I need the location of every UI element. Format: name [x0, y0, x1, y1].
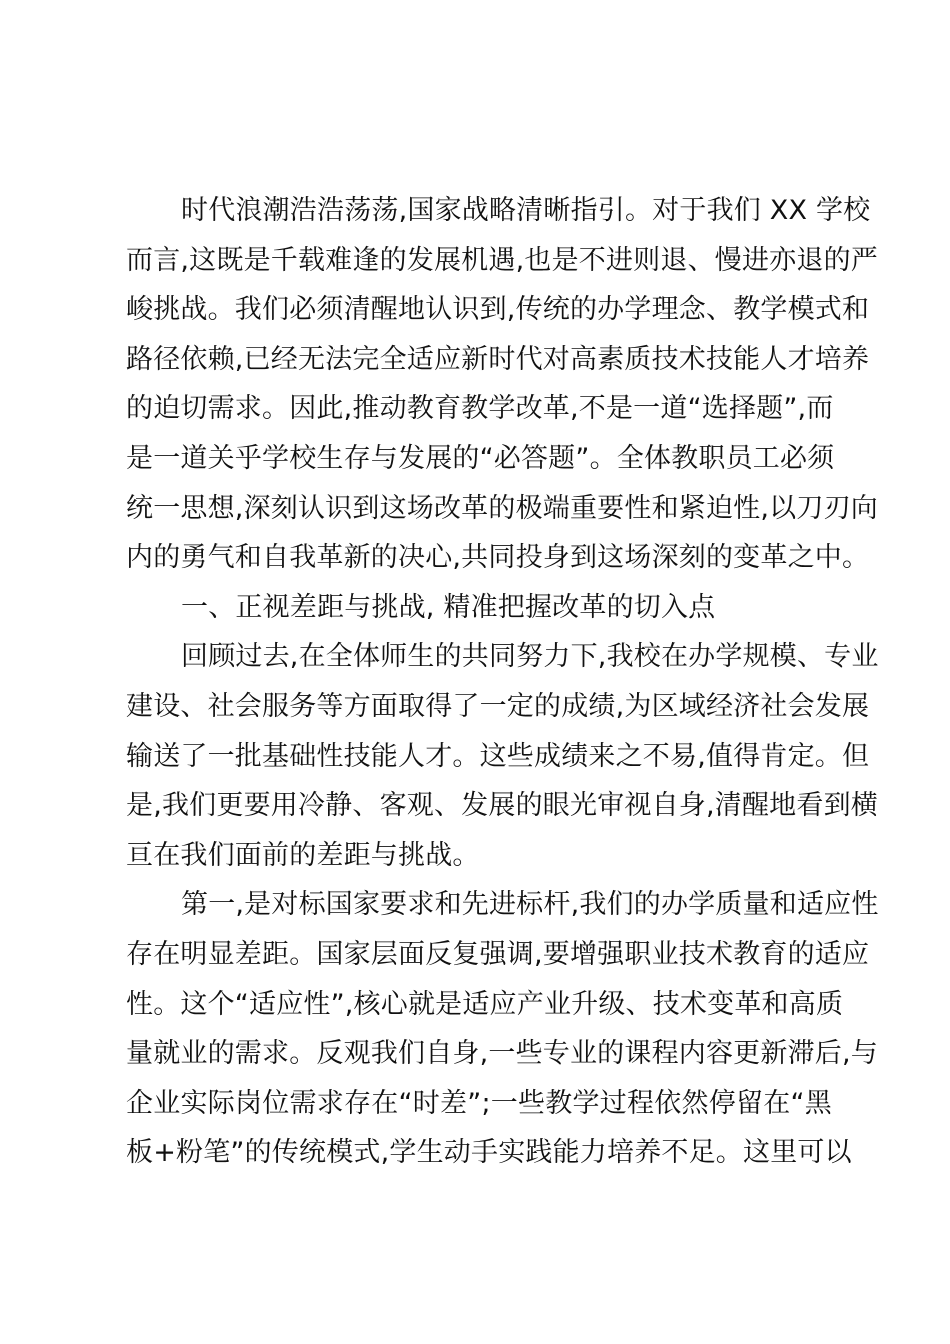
text-line: 回顾过去,在全体师生的共同努力下,我校在办学规模、专业 — [126, 632, 832, 682]
text-line: 输送了一批基础性技能人才。这些成绩来之不易,值得肯定。但 — [126, 732, 832, 782]
paragraph-review: 回顾过去,在全体师生的共同努力下,我校在办学规模、专业 建设、社会服务等方面取得… — [126, 632, 832, 880]
section-heading: 一、正视差距与挑战, 精准把握改革的切入点 — [126, 583, 832, 633]
paragraph-first-point: 第一,是对标国家要求和先进标杆,我们的办学质量和适应性 存在明显差距。国家层面反… — [126, 880, 832, 1178]
text-line: 第一,是对标国家要求和先进标杆,我们的办学质量和适应性 — [126, 880, 832, 930]
text-line: 是一道关乎学校生存与发展的“必答题”。全体教职员工必须 — [126, 434, 832, 484]
text-line: 统一思想,深刻认识到这场改革的极端重要性和紧迫性,以刀刃向 — [126, 484, 832, 534]
text-line: 路径依赖,已经无法完全适应新时代对高素质技术技能人才培养 — [126, 335, 832, 385]
text-line: 性。这个“适应性”,核心就是适应产业升级、技术变革和高质 — [126, 980, 832, 1030]
heading-text: 一、正视差距与挑战, 精准把握改革的切入点 — [126, 583, 832, 633]
text-line: 是,我们更要用冷静、客观、发展的眼光审视自身,清醒地看到横 — [126, 781, 832, 831]
text-line: 建设、社会服务等方面取得了一定的成绩,为区域经济社会发展 — [126, 682, 832, 732]
text-line: 时代浪潮浩浩荡荡,国家战略清晰指引。对于我们 XX 学校 — [126, 186, 832, 236]
document-page: 时代浪潮浩浩荡荡,国家战略清晰指引。对于我们 XX 学校 而言,这既是千载难逢的… — [126, 186, 832, 1178]
text-line: 峻挑战。我们必须清醒地认识到,传统的办学理念、教学模式和 — [126, 285, 832, 335]
text-line: 亘在我们面前的差距与挑战。 — [126, 831, 832, 881]
paragraph-intro: 时代浪潮浩浩荡荡,国家战略清晰指引。对于我们 XX 学校 而言,这既是千载难逢的… — [126, 186, 832, 583]
text-line: 存在明显差距。国家层面反复强调,要增强职业技术教育的适应 — [126, 930, 832, 980]
text-line: 量就业的需求。反观我们自身,一些专业的课程内容更新滞后,与 — [126, 1029, 832, 1079]
text-line: 内的勇气和自我革新的决心,共同投身到这场深刻的变革之中。 — [126, 533, 832, 583]
text-line: 企业实际岗位需求存在“时差”;一些教学过程依然停留在“黑 — [126, 1079, 832, 1129]
text-line: 板+粉笔”的传统模式,学生动手实践能力培养不足。这里可以 — [126, 1128, 832, 1178]
text-line: 的迫切需求。因此,推动教育教学改革,不是一道“选择题”,而 — [126, 384, 832, 434]
text-line: 而言,这既是千载难逢的发展机遇,也是不进则退、慢进亦退的严 — [126, 236, 832, 286]
